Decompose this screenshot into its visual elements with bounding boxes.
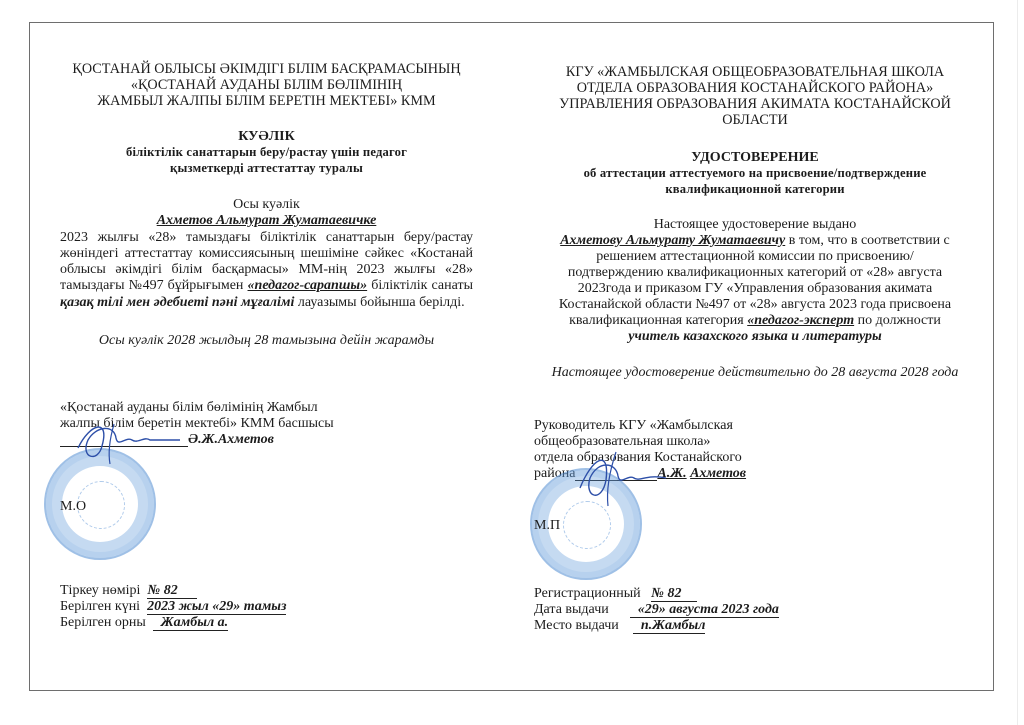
- signature-icon: [70, 418, 190, 468]
- body-line-5: квалификационная категория «педагог-эксп…: [530, 313, 980, 328]
- recipient-line: Ахметову Альмурату Жуматаевичу в том, чт…: [530, 233, 980, 248]
- org-header-line-1: ҚОСТАНАЙ ОБЛЫСЫ ӘКІМДІГІ БІЛІМ БАСҚРАМАС…: [60, 62, 473, 78]
- org-header-line-3: ЖАМБЫЛ ЖАЛПЫ БІЛІМ БЕРЕТІН МЕКТЕБІ» КММ: [60, 94, 473, 110]
- registration-row: Регистрационный № 82: [534, 586, 697, 602]
- body-line-2: подтверждению квалификационных категорий…: [530, 265, 980, 280]
- org-header-line-1: КГУ «ЖАМБЫЛСКАЯ ОБЩЕОБРАЗОВАТЕЛЬНАЯ ШКОЛ…: [530, 65, 980, 81]
- body-text: квалификационная категория: [569, 313, 747, 328]
- position-value: учитель казахского языка и литературы: [530, 329, 980, 344]
- position-value: қазақ тілі мен әдебиеті пәні мұғалімі: [60, 295, 294, 310]
- issue-date-label: Дата выдачи: [534, 602, 609, 617]
- recipient-line: Ахметов Альмурат Жуматаевичке: [60, 213, 473, 228]
- registration-label: Регистрационный: [534, 586, 641, 601]
- issue-place-label: Берілген орны: [60, 615, 146, 630]
- body-line-2: жөніндегі аттестаттау комиссиясының шеші…: [60, 246, 473, 261]
- certificate-subtitle-2: қызметкерді аттестаттау туралы: [60, 161, 473, 176]
- intro-text: Настоящее удостоверение выдано: [530, 217, 980, 232]
- org-header-line-2: «ҚОСТАНАЙ АУДАНЫ БІЛІМ БӨЛІМІНІҢ: [60, 78, 473, 94]
- body-line-3: 2023года и приказом ГУ «Управления образ…: [530, 281, 980, 296]
- certificate-title: УДОСТОВЕРЕНИЕ: [530, 150, 980, 165]
- issue-date-row: Дата выдачи «29» августа 2023 года: [534, 602, 779, 618]
- signatory-line-2: общеобразовательная школа»: [534, 434, 710, 449]
- recipient-name: Ахметов Альмурат Жуматаевичке: [157, 213, 377, 228]
- certificate-subtitle-1: біліктілік санаттарын беру/растау үшін п…: [60, 145, 473, 160]
- recipient-name: Ахметову Альмурату Жуматаевичу: [560, 233, 785, 248]
- body-text: в том, что в соответствии с: [785, 233, 950, 248]
- issue-place-value: п.Жамбыл: [633, 618, 706, 634]
- signature-icon: [570, 448, 670, 508]
- body-text: по должности: [854, 313, 941, 328]
- body-text: тамыздағы №497 бұйрығымен: [60, 278, 248, 293]
- body-text: лауазымы бойынша берілді.: [294, 295, 464, 310]
- emblem-icon: [563, 501, 611, 549]
- certificate-title: КУӘЛІК: [60, 129, 473, 144]
- issue-place-label: Место выдачи: [534, 618, 619, 633]
- org-header-line-4: ОБЛАСТИ: [530, 113, 980, 129]
- body-line-4: Костанайской области №497 от «28» август…: [530, 297, 980, 312]
- registration-value: № 82: [651, 586, 697, 602]
- org-header-line-2: ОТДЕЛА ОБРАЗОВАНИЯ КОСТАНАЙСКОГО РАЙОНА»: [530, 81, 980, 97]
- registration-row: Тіркеу нөмірі № 82: [60, 583, 197, 599]
- body-line-5: қазақ тілі мен әдебиеті пәні мұғалімі ла…: [60, 295, 465, 310]
- registration-value: № 82: [147, 583, 197, 599]
- body-line-3: облысы әкімдігі білім басқармасы» ММ-нің…: [60, 262, 473, 277]
- issue-date-value: «29» августа 2023 года: [630, 602, 779, 618]
- issue-place-value: Жамбыл а.: [153, 615, 228, 631]
- category-value: «педагог-эксперт: [747, 313, 854, 328]
- scan-edge: [1017, 0, 1018, 725]
- org-header-line-3: УПРАВЛЕНИЯ ОБРАЗОВАНИЯ АКИМАТА КОСТАНАЙС…: [530, 97, 980, 113]
- certificate-subtitle-2: квалификационной категории: [530, 182, 980, 197]
- body-line-1: решением аттестационной комиссии по прис…: [530, 249, 980, 264]
- intro-text: Осы куәлік: [60, 197, 473, 212]
- seal-label: М.О: [60, 499, 86, 514]
- body-line-4: тамыздағы №497 бұйрығымен «педагог-сарап…: [60, 278, 473, 293]
- issue-date-label: Берілген күні: [60, 599, 140, 614]
- category-value: «педагог-сарапшы»: [248, 278, 368, 293]
- seal-label: М.П: [534, 518, 560, 533]
- body-line-1: 2023 жылғы «28» тамыздағы біліктілік сан…: [60, 230, 473, 245]
- signatory-surname: Ахметов: [690, 466, 746, 481]
- validity-text: Настоящее удостоверение действительно до…: [530, 365, 980, 380]
- signatory-line-1: Руководитель КГУ «Жамбылская: [534, 418, 733, 433]
- issue-date-row: Берілген күні 2023 жыл «29» тамыз: [60, 599, 286, 615]
- issue-place-row: Берілген орны Жамбыл а.: [60, 615, 228, 631]
- validity-text: Осы куәлік 2028 жылдың 28 тамызына дейін…: [60, 333, 473, 348]
- issue-place-row: Место выдачи п.Жамбыл: [534, 618, 705, 634]
- body-text: біліктілік санаты: [367, 278, 473, 293]
- issue-date-value: 2023 жыл «29» тамыз: [147, 599, 286, 615]
- registration-label: Тіркеу нөмірі: [60, 583, 140, 598]
- signatory-name: Ә.Ж.Ахметов: [188, 432, 274, 447]
- certificate-subtitle-1: об аттестации аттестуемого на присвоение…: [530, 166, 980, 181]
- signatory-line-1: «Қостанай ауданы білім бөлімінің Жамбыл: [60, 400, 318, 415]
